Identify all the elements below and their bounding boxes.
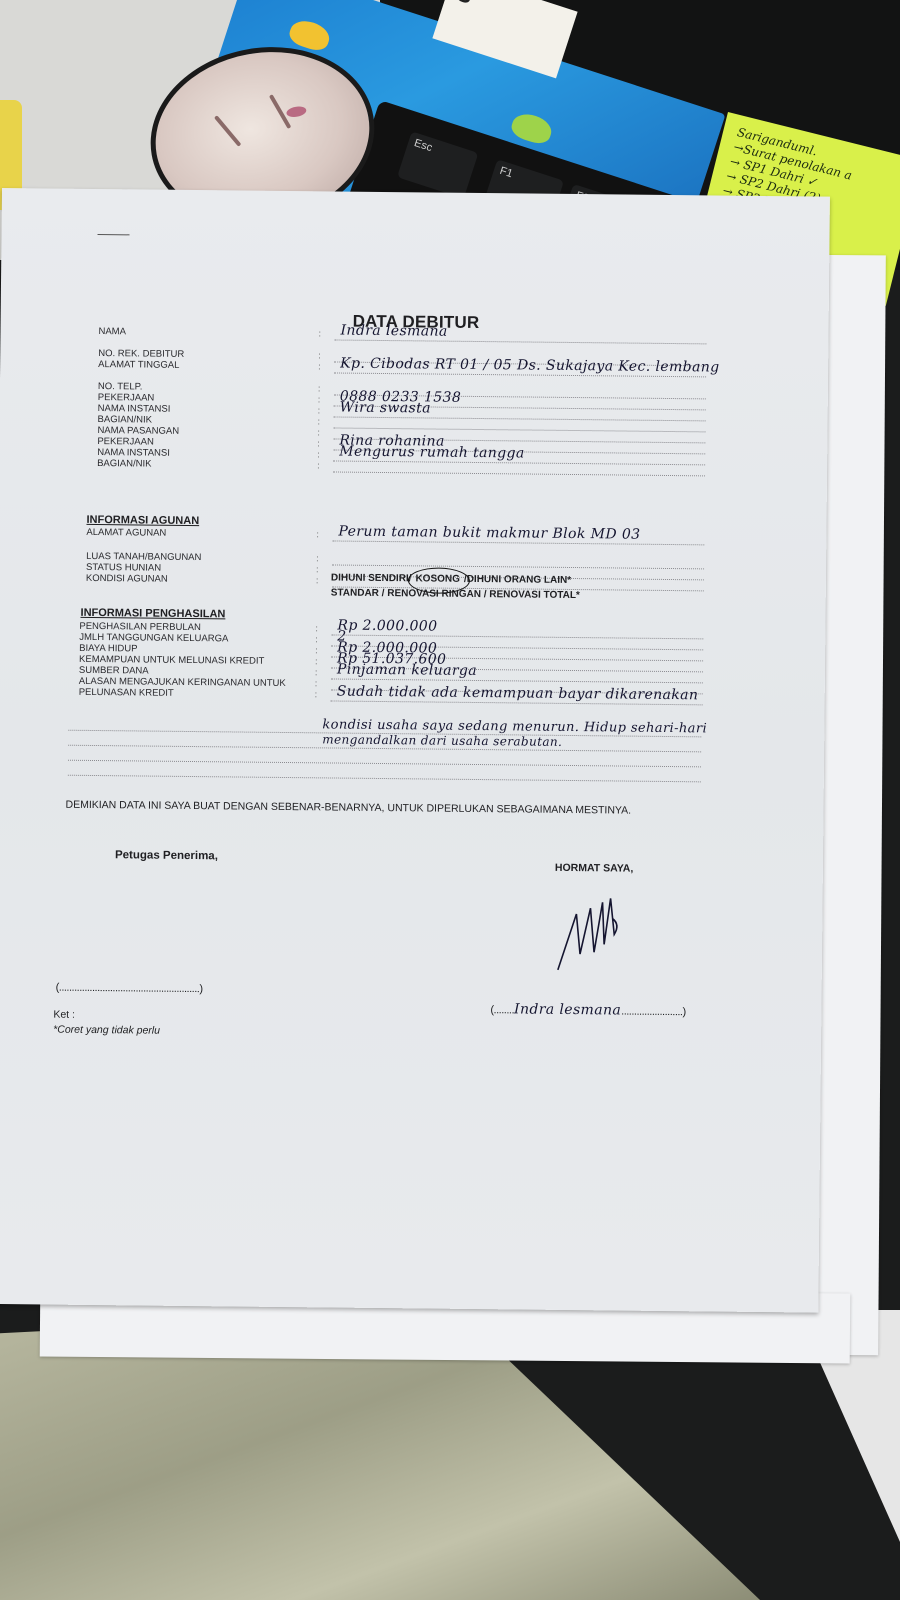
field-colon: : — [318, 394, 321, 404]
key-esc: Esc — [397, 131, 478, 198]
field-colon: : — [316, 553, 319, 563]
field-dotted-line — [333, 427, 705, 432]
field-colon: : — [316, 575, 319, 585]
field-label: ALAMAT AGUNAN — [86, 527, 166, 539]
field-label: SUMBER DANA — [79, 665, 149, 677]
field-colon: : — [317, 449, 320, 459]
field-colon: : — [318, 328, 321, 338]
field-value[interactable]: Wira swasta — [340, 400, 431, 417]
field-label: STATUS HUNIAN — [86, 562, 161, 574]
debtor-form-paper: DATA DEBITUR NAMA:Indra lesmanaNO. REK. … — [0, 188, 830, 1313]
field-label: NO. TELP. — [98, 381, 143, 392]
field-colon: : — [318, 416, 321, 426]
field-label: NAMA PASANGAN — [97, 425, 179, 437]
field-label: PELUNASAN KREDIT — [79, 687, 174, 699]
field-colon: : — [315, 689, 318, 699]
butterfly-icon — [509, 110, 555, 147]
field-value[interactable]: Mengurus rumah tangga — [339, 444, 525, 462]
field-label: BIAYA HIDUP — [79, 643, 137, 655]
collateral-heading: INFORMASI AGUNAN — [86, 514, 199, 527]
field-label: PEKERJAAN — [97, 436, 154, 448]
field-colon: : — [315, 623, 318, 633]
field-value[interactable]: Rp 2.000.000 — [337, 618, 437, 635]
field-colon: : — [317, 427, 320, 437]
field-dotted-line — [332, 564, 704, 569]
bracket-open: (........ — [490, 1004, 514, 1016]
occupancy-selected: KOSONG — [411, 573, 464, 585]
field-value[interactable]: Indra lesmana — [340, 323, 447, 340]
field-value[interactable]: Pinjaman keluarga — [337, 662, 477, 679]
field-colon: : — [316, 529, 319, 539]
field-colon: : — [318, 383, 321, 393]
condition-options: STANDAR / RENOVASI RINGAN / RENOVASI TOT… — [331, 587, 580, 601]
occupancy-option: DIHUNI SENDIRI/ — [331, 572, 412, 584]
field-label: BAGIAN/NIK — [98, 414, 152, 426]
debtor-name-line: (........Indra lesmana..................… — [490, 1001, 685, 1019]
field-colon: : — [315, 634, 318, 644]
field-colon: : — [318, 405, 321, 415]
field-label: PEKERJAAN — [98, 392, 155, 404]
notes-label: Ket : — [53, 1009, 75, 1021]
field-label: KONDISI AGUNAN — [86, 573, 168, 585]
field-dotted-line — [331, 678, 703, 683]
notes-text: *Coret yang tidak perlu — [53, 1024, 160, 1037]
field-colon: : — [317, 460, 320, 470]
field-value[interactable]: Perum taman bukit makmur Blok MD 03 — [338, 524, 640, 543]
reason-line: mengandalkan dari usaha serabutan. — [322, 732, 562, 749]
face-lips — [286, 105, 307, 118]
field-dotted-line — [334, 416, 706, 421]
occupancy-option: /DIHUNI ORANG LAIN* — [464, 574, 571, 586]
field-colon: : — [316, 564, 319, 574]
occupancy-options: DIHUNI SENDIRI/KOSONG/DIHUNI ORANG LAIN* — [331, 572, 571, 586]
declaration-statement: DEMIKIAN DATA INI SAYA BUAT DENGAN SEBEN… — [65, 799, 631, 817]
field-colon: : — [318, 361, 321, 371]
field-label: NAMA — [98, 326, 126, 337]
field-label: ALAMAT TINGGAL — [98, 359, 179, 371]
signature-mark — [554, 894, 625, 975]
dotted-line — [68, 760, 701, 768]
dotted-line — [68, 775, 701, 783]
receiver-name-line: (.......................................… — [56, 982, 203, 996]
field-dotted-line — [331, 634, 703, 639]
field-label: NAMA INSTANSI — [97, 447, 170, 459]
field-label: NAMA INSTANSI — [98, 403, 171, 415]
staple-mark — [98, 234, 130, 235]
bracket-close: ........................) — [621, 1006, 686, 1019]
face-eye — [214, 115, 241, 147]
receiver-label: Petugas Penerima, — [115, 849, 218, 862]
field-colon: : — [315, 667, 318, 677]
field-label: BAGIAN/NIK — [97, 458, 151, 470]
field-label: NO. REK. DEBITUR — [98, 348, 184, 360]
field-colon: : — [315, 678, 318, 688]
field-colon: : — [315, 656, 318, 666]
debtor-printed-name: Indra lesmana — [514, 1001, 621, 1018]
debtor-signature-label: HORMAT SAYA, — [555, 862, 634, 875]
field-colon: : — [318, 350, 321, 360]
field-dotted-line — [334, 339, 706, 344]
field-colon: : — [315, 645, 318, 655]
income-heading: INFORMASI PENGHASILAN — [80, 607, 225, 621]
field-colon: : — [317, 438, 320, 448]
debtor-form: DATA DEBITUR NAMA:Indra lesmanaNO. REK. … — [0, 188, 830, 1313]
field-dotted-line — [333, 471, 705, 476]
